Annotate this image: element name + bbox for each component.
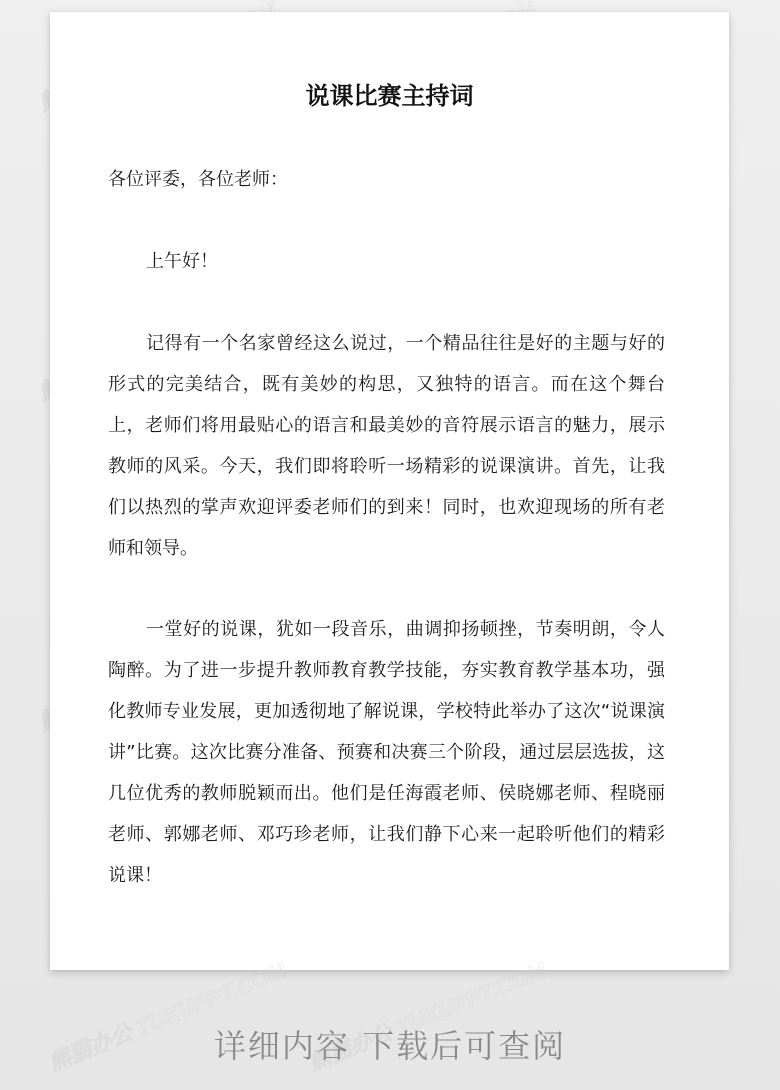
document-page: 说课比赛主持词 各位评委，各位老师： 上午好！ 记得有一个名家曾经这么说过，一个… <box>50 12 729 970</box>
download-note: 详细内容 下载后可查阅 <box>0 1021 780 1067</box>
greeting: 上午好！ <box>108 241 665 282</box>
paragraph-2: 一堂好的说课，犹如一段音乐，曲调抑扬顿挫，节奏明朗，令人陶醉。为了进一步提升教师… <box>108 609 665 896</box>
paragraph-1: 记得有一个名家曾经这么说过，一个精品往往是好的主题与好的形式的完美结合，既有美妙… <box>108 323 665 569</box>
salutation: 各位评委，各位老师： <box>108 159 665 200</box>
document-title: 说课比赛主持词 <box>50 76 729 111</box>
